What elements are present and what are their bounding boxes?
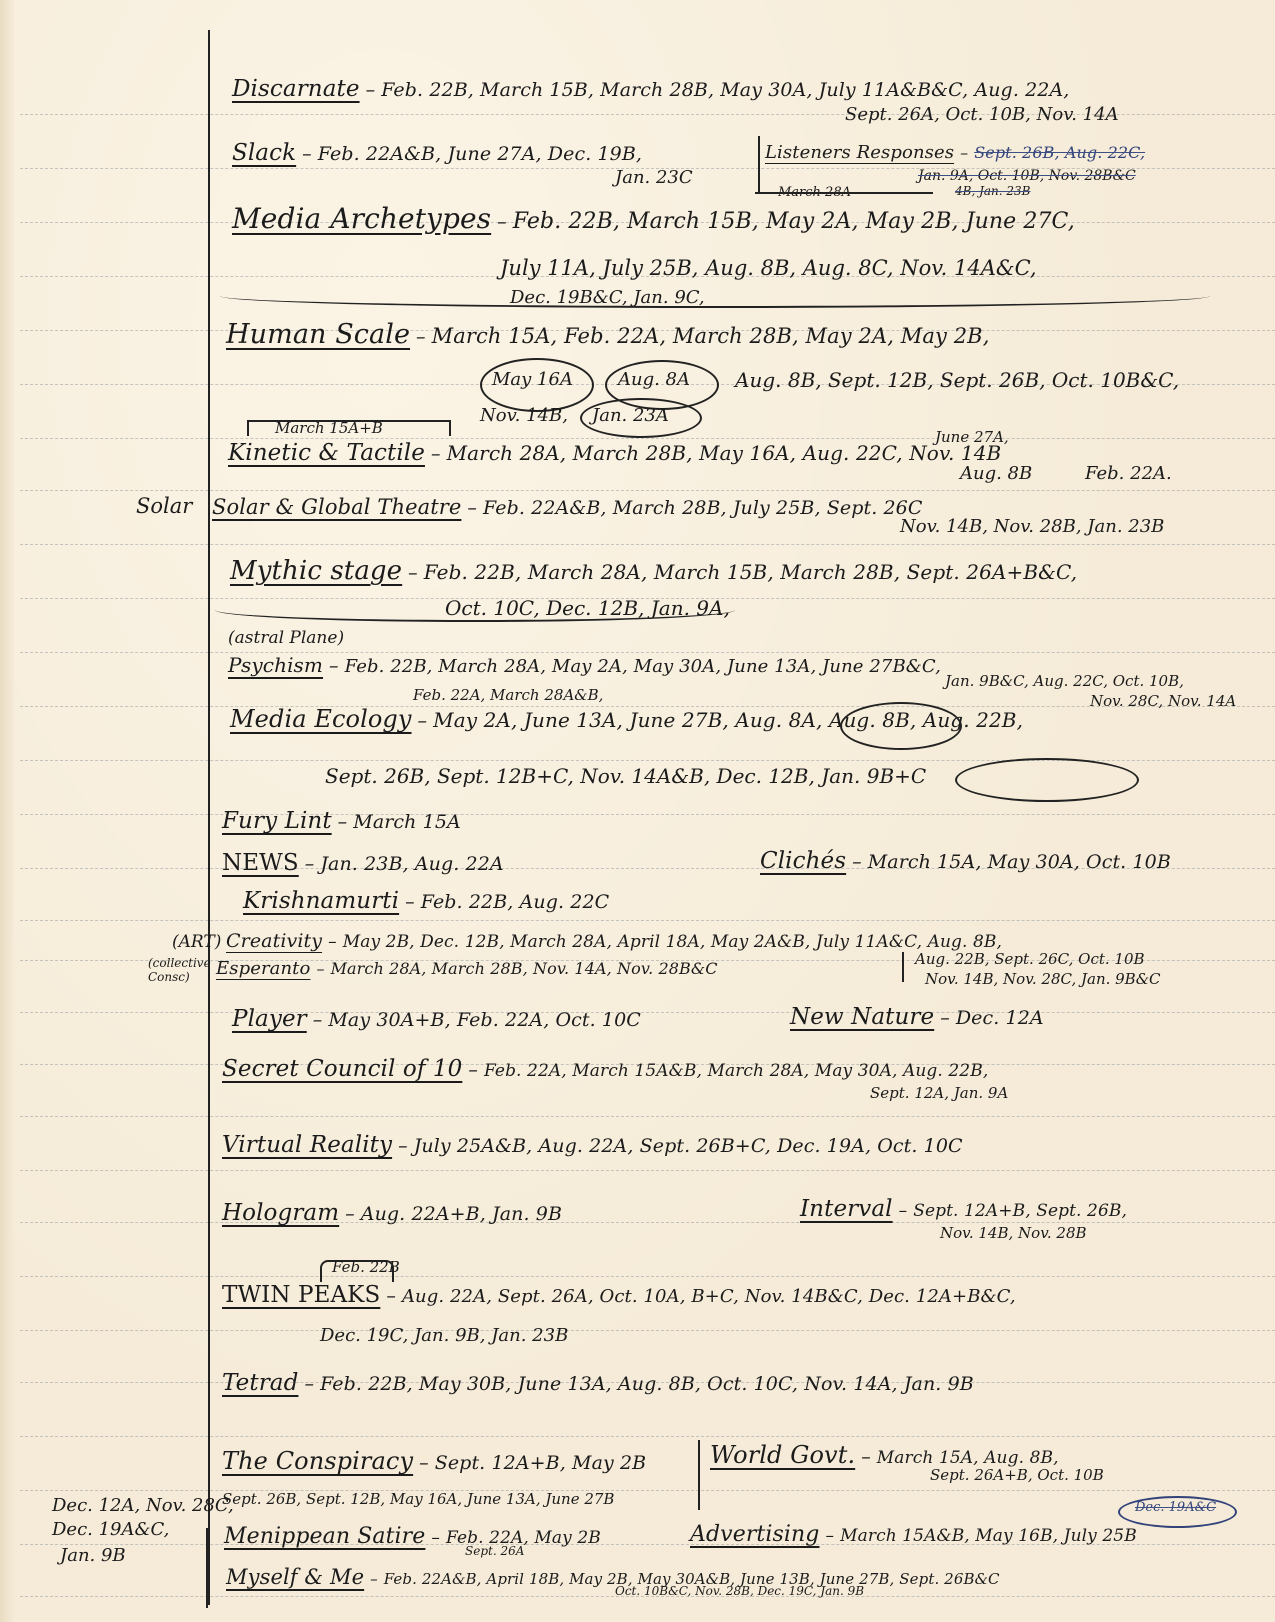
index-entry: Secret Council of 10–Feb. 22A, March 15A… [222,1056,988,1084]
entry-continuation: Sept. 26B, Sept. 12B, May 16A, June 13A,… [222,1490,614,1508]
entry-continuation: Jan. 23C [615,166,693,190]
entry-continuation: Sept. 26A, Oct. 10B, Nov. 14A [845,103,1119,127]
margin-note: Dec. 19A&C, [52,1518,169,1542]
entry-continuation: Nov. 14B, [480,404,568,428]
entry-continuation: Aug. 8B, Sept. 12B, Sept. 26B, Oct. 10B&… [735,368,1179,392]
entry-refs: Jan. 23B, Aug. 22A [320,853,503,875]
entry-refs: Feb. 22B, March 15B, May 2A, May 2B, Jun… [513,209,1075,234]
index-entry: Hologram–Aug. 22A+B, Jan. 9B [222,1200,562,1227]
entry-refs: March 28A, March 28B, Nov. 14A, Nov. 28B… [331,959,718,978]
index-entry: Virtual Reality–July 25A&B, Aug. 22A, Se… [222,1132,963,1159]
index-entry: Psychism–Feb. 22B, March 28A, May 2A, Ma… [228,652,941,680]
entry-refs: Feb. 22A&B, March 28B, July 25B, Sept. 2… [483,497,922,519]
entry-refs: Aug. 22A, Sept. 26A, Oct. 10A, B+C, Nov.… [402,1286,1016,1307]
entry-annotation: Feb. 22B [332,1258,400,1276]
entry-topic: Slack [232,140,296,166]
entry-topic: Creativity [226,930,322,952]
index-entry: Discarnate–Feb. 22B, March 15B, March 28… [232,76,1069,103]
entry-topic: Kinetic & Tactile [228,440,425,466]
entry-refs: March 15A, Aug. 8B, [877,1448,1059,1468]
entry-continuation: Feb. 22A. [1085,462,1172,486]
entry-topic: Listeners Responses [765,142,954,163]
notebook-page: Discarnate–Feb. 22B, March 15B, March 28… [0,0,1275,1622]
index-entry: The Conspiracy–Sept. 12A+B, May 2B [222,1448,646,1476]
entry-continuation: Sept. 26A+B, Oct. 10B [930,1466,1104,1484]
entry-refs: Sept. 12A+B, May 2B [435,1452,647,1474]
entry-continuation: Oct. 10B&C, Nov. 28B, Dec. 19C, Jan. 9B [615,1584,864,1598]
entry-topic: Interval [800,1196,893,1222]
entry-refs: Feb. 22B, Aug. 22C [421,891,610,913]
entry-topic: Tetrad [222,1370,298,1396]
index-entry: Listeners Responses–Sept. 26B, Aug. 22C, [765,140,1145,166]
entry-continuation: July 11A, July 25B, Aug. 8B, Aug. 8C, No… [500,256,1037,280]
entry-refs: May 2B, Dec. 12B, March 28A, April 18A, … [343,932,1002,952]
entry-continuation: Sept. 26B, Sept. 12B+C, Nov. 14A&B, Dec.… [325,764,926,788]
entry-topic: Myself & Me [226,1565,364,1589]
entry-topic: Solar & Global Theatre [212,495,461,519]
entry-continuation: Dec. 19C, Jan. 9B, Jan. 23B [320,1324,568,1348]
entry-continuation: Nov. 14B, Nov. 28C, Jan. 9B&C [925,970,1161,988]
entry-refs: March 15A, May 30A, Oct. 10B [868,851,1171,873]
entry-prefix: (astral Plane) [228,628,344,648]
entry-annotation: Feb. 22A, March 28A&B, [413,686,603,704]
index-entry: Krishnamurti–Feb. 22B, Aug. 22C [243,888,609,915]
entry-topic: Media Archetypes [232,202,491,235]
entry-continuation: Nov. 28C, Nov. 14A [1090,692,1236,710]
circled-ref-text: Aug. 8A [618,368,690,392]
entry-continuation: 4B, Jan. 23B [955,184,1031,198]
entry-topic: Player [232,1006,307,1032]
entry-topic: Menippean Satire [224,1524,425,1549]
entry-refs: Feb. 22A, March 15A&B, March 28A, May 30… [484,1061,988,1081]
index-entry: Fury Lint–March 15A [222,808,461,835]
index-entry: Interval–Sept. 12A+B, Sept. 26B, [800,1196,1127,1224]
circled-ref-text: May 16A [492,368,573,392]
entry-refs: March 15A [353,811,461,833]
entry-continuation: Nov. 14B, Nov. 28B, Jan. 23B [900,515,1164,539]
entry-topic: NEWS [222,850,299,876]
entry-topic: World Govt. [710,1441,855,1469]
entry-refs: July 25A&B, Aug. 22A, Sept. 26B+C, Dec. … [414,1135,963,1157]
entry-refs: May 30A+B, Feb. 22A, Oct. 10C [328,1009,641,1031]
entry-topic: Hologram [222,1200,339,1226]
entry-topic: Secret Council of 10 [222,1056,462,1082]
entry-topic: Mythic stage [230,556,402,586]
index-entry: Solar & Global Theatre–Feb. 22A&B, March… [212,494,923,521]
entry-refs: Dec. 12A [956,1007,1044,1029]
entry-topic: Fury Lint [222,808,332,834]
index-entry: Media Archetypes–Feb. 22B, March 15B, Ma… [232,206,1075,235]
index-entry: New Nature–Dec. 12A [790,1004,1044,1031]
index-entry: Kinetic & Tactile–March 28A, March 28B, … [228,440,1001,467]
entry-topic: New Nature [790,1004,934,1030]
index-entry: Creativity–May 2B, Dec. 12B, March 28A, … [226,928,1002,955]
entry-refs: March 28A, March 28B, May 16A, Aug. 22C,… [447,441,1002,465]
circled-ref [955,758,1139,802]
entry-continuation: Aug. 22B, Sept. 26C, Oct. 10B [915,950,1145,968]
entry-annotation: June 27A, [935,428,1009,446]
entry-refs: Feb. 22B, March 15B, March 28B, May 30A,… [381,79,1069,101]
entry-refs: March 15A, Feb. 22A, March 28B, May 2A, … [432,324,990,348]
index-entry: Clichés–March 15A, May 30A, Oct. 10B [760,848,1171,875]
entry-topic: The Conspiracy [222,1447,413,1475]
entry-topic: Media Ecology [230,705,412,733]
index-entry: Menippean Satire–Feb. 22A, May 2B [224,1524,601,1551]
entry-continuation: Sept. 12A, Jan. 9A [870,1084,1008,1102]
entry-continuation: Nov. 14B, Nov. 28B [940,1224,1087,1242]
index-entry: Myself & Me–Feb. 22A&B, April 18B, May 2… [226,1564,1000,1592]
margin-note: Jan. 9B [60,1544,126,1568]
entry-topic: TWIN PEAKS [222,1282,380,1308]
index-entry: Tetrad–Feb. 22B, May 30B, June 13A, Aug.… [222,1370,974,1397]
entry-annotation: March 15A+B [275,419,383,437]
entry-annotation: Dec. 19A&C [1135,1500,1216,1515]
entry-refs: Feb. 22A&B, June 27A, Dec. 19B, [318,143,642,165]
circled-ref-text: Jan. 23A [592,404,669,428]
entry-refs: Feb. 22B, March 28A, May 2A, May 30A, Ju… [345,656,941,677]
entry-refs: Sept. 12A+B, Sept. 26B, [913,1201,1127,1221]
entry-prefix: (collective Consc) [148,956,212,984]
entry-topic: Virtual Reality [222,1132,392,1158]
entry-topic: Esperanto [216,958,310,979]
entry-topic: Discarnate [232,76,360,102]
entry-topic: Clichés [760,848,846,874]
entry-topic: Krishnamurti [243,888,399,914]
circled-ref [840,702,962,750]
entry-continuation: Jan. 9B&C, Aug. 22C, Oct. 10B, [945,672,1184,690]
entry-annotation: Sept. 26A [465,1544,524,1558]
entry-refs: Sept. 26B, Aug. 22C, [974,143,1145,162]
entry-prefix: (ART) [172,930,221,954]
entry-continuation: Aug. 8B [960,462,1032,486]
index-entry: Player–May 30A+B, Feb. 22A, Oct. 10C [232,1006,641,1033]
entry-topic: Human Scale [226,319,410,350]
entry-refs: March 15A&B, May 16B, July 25B [840,1526,1137,1546]
entry-topic: Advertising [690,1522,820,1547]
index-entry: TWIN PEAKS–Aug. 22A, Sept. 26A, Oct. 10A… [222,1282,1016,1310]
margin-line [208,30,210,1605]
entry-refs: Feb. 22B, May 30B, June 13A, Aug. 8B, Oc… [320,1373,974,1395]
margin-note: Dec. 12A, Nov. 28C, [52,1494,234,1518]
entry-topic: Psychism [228,653,323,677]
index-entry: NEWS–Jan. 23B, Aug. 22A [222,850,504,877]
entry-refs: Feb. 22B, March 28A, March 15B, March 28… [424,560,1077,584]
entry-refs: Aug. 22A+B, Jan. 9B [361,1203,562,1225]
index-entry: Esperanto–March 28A, March 28B, Nov. 14A… [216,956,718,982]
index-entry: Advertising–March 15A&B, May 16B, July 2… [690,1522,1137,1549]
index-entry: Slack–Feb. 22A&B, June 27A, Dec. 19B, [232,140,642,167]
index-entry: Human Scale–March 15A, Feb. 22A, March 2… [226,322,990,350]
index-entry: Mythic stage–Feb. 22B, March 28A, March … [230,558,1077,586]
margin-note: Solar [136,494,192,518]
